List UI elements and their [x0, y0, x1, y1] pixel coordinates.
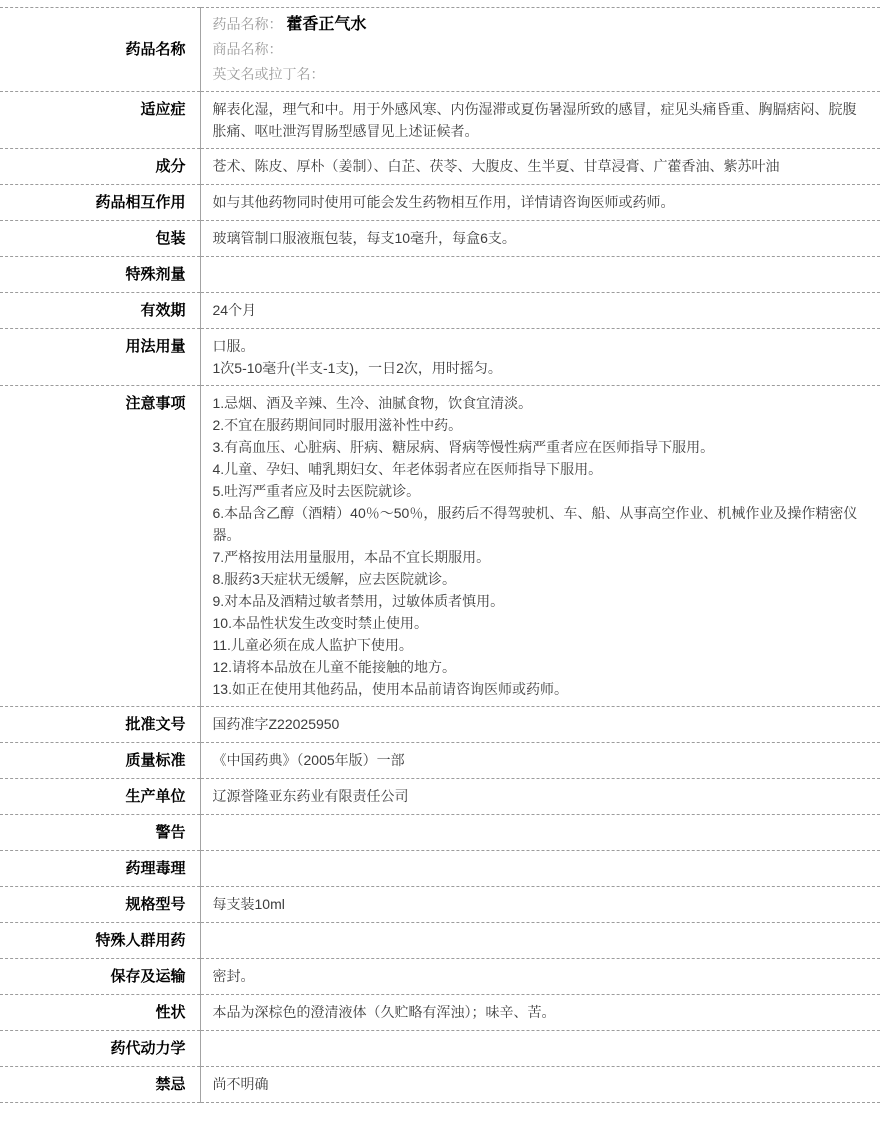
latin-name-line: 英文名或拉丁名：	[213, 62, 867, 87]
table-row-quality-standard: 质量标准 《中国药典》（2005年版）一部	[0, 743, 880, 779]
row-value: 国药准字Z22025950	[200, 707, 880, 743]
row-label: 有效期	[0, 293, 200, 329]
row-label: 批准文号	[0, 707, 200, 743]
table-row-storage-transport: 保存及运输 密封。	[0, 959, 880, 995]
row-label: 药理毒理	[0, 851, 200, 887]
row-label: 用法用量	[0, 329, 200, 386]
row-label: 注意事项	[0, 386, 200, 707]
table-row-ingredients: 成分 苍术、陈皮、厚朴（姜制）、白芷、茯苓、大腹皮、生半夏、甘草浸膏、广藿香油、…	[0, 149, 880, 185]
row-value: 24个月	[200, 293, 880, 329]
table-row-pharmacokinetics: 药代动力学	[0, 1031, 880, 1067]
drug-info-table: 药品名称 药品名称： 藿香正气水 商品名称： 英文名或拉丁名： 适应症 解表化湿…	[0, 7, 880, 1103]
table-row-special-populations: 特殊人群用药	[0, 923, 880, 959]
drug-name-value: 藿香正气水	[286, 16, 366, 33]
row-label: 质量标准	[0, 743, 200, 779]
row-value	[200, 257, 880, 293]
table-row-drug-name: 药品名称 药品名称： 藿香正气水 商品名称： 英文名或拉丁名：	[0, 8, 880, 92]
row-value: 本品为深棕色的澄清液体（久贮略有浑浊）；味辛、苦。	[200, 995, 880, 1031]
row-value	[200, 815, 880, 851]
row-value	[200, 1031, 880, 1067]
table-row-pharmacology-toxicology: 药理毒理	[0, 851, 880, 887]
row-label: 特殊剂量	[0, 257, 200, 293]
row-value: 玻璃管制口服液瓶包装，每支10毫升，每盒6支。	[200, 221, 880, 257]
table-row-special-dosage: 特殊剂量	[0, 257, 880, 293]
table-row-warning: 警告	[0, 815, 880, 851]
table-row-drug-interactions: 药品相互作用 如与其他药物同时使用可能会发生药物相互作用，详情请咨询医师或药师。	[0, 185, 880, 221]
table-row-shelf-life: 有效期 24个月	[0, 293, 880, 329]
row-value: 口服。 1次5-10毫升(半支-1支)，一日2次，用时摇匀。	[200, 329, 880, 386]
drug-info-page: 药品名称 药品名称： 藿香正气水 商品名称： 英文名或拉丁名： 适应症 解表化湿…	[0, 0, 880, 1140]
row-label: 规格型号	[0, 887, 200, 923]
row-label: 成分	[0, 149, 200, 185]
table-row-properties: 性状 本品为深棕色的澄清液体（久贮略有浑浊）；味辛、苦。	[0, 995, 880, 1031]
row-value: 每支装10ml	[200, 887, 880, 923]
row-value	[200, 923, 880, 959]
table-row-manufacturer: 生产单位 辽源誉隆亚东药业有限责任公司	[0, 779, 880, 815]
row-value: 解表化湿，理气和中。用于外感风寒、内伤湿滞或夏伤暑湿所致的感冒，症见头痛昏重、胸…	[200, 92, 880, 149]
trade-name-key: 商品名称：	[213, 41, 283, 57]
row-label: 适应症	[0, 92, 200, 149]
table-row-contraindications: 禁忌 尚不明确	[0, 1067, 880, 1103]
row-value	[200, 851, 880, 887]
drug-name-cell: 药品名称： 藿香正气水 商品名称： 英文名或拉丁名：	[200, 8, 880, 92]
row-value: 辽源誉隆亚东药业有限责任公司	[200, 779, 880, 815]
row-label-drug-name: 药品名称	[0, 8, 200, 92]
row-label: 警告	[0, 815, 200, 851]
drug-name-line: 药品名称： 藿香正气水	[213, 12, 867, 37]
row-value: 1.忌烟、酒及辛辣、生冷、油腻食物，饮食宜清淡。 2.不宜在服药期间同时服用滋补…	[200, 386, 880, 707]
row-value: 如与其他药物同时使用可能会发生药物相互作用，详情请咨询医师或药师。	[200, 185, 880, 221]
row-label: 禁忌	[0, 1067, 200, 1103]
row-value: 密封。	[200, 959, 880, 995]
table-row-approval-number: 批准文号 国药准字Z22025950	[0, 707, 880, 743]
table-row-usage-dosage: 用法用量 口服。 1次5-10毫升(半支-1支)，一日2次，用时摇匀。	[0, 329, 880, 386]
row-label: 包装	[0, 221, 200, 257]
row-label: 特殊人群用药	[0, 923, 200, 959]
table-row-precautions: 注意事项 1.忌烟、酒及辛辣、生冷、油腻食物，饮食宜清淡。 2.不宜在服药期间同…	[0, 386, 880, 707]
row-value: 尚不明确	[200, 1067, 880, 1103]
row-label: 保存及运输	[0, 959, 200, 995]
drug-name-key: 药品名称：	[213, 16, 283, 32]
trade-name-line: 商品名称：	[213, 37, 867, 62]
table-row-indications: 适应症 解表化湿，理气和中。用于外感风寒、内伤湿滞或夏伤暑湿所致的感冒，症见头痛…	[0, 92, 880, 149]
row-label: 药品相互作用	[0, 185, 200, 221]
row-value: 苍术、陈皮、厚朴（姜制）、白芷、茯苓、大腹皮、生半夏、甘草浸膏、广藿香油、紫苏叶…	[200, 149, 880, 185]
row-label: 性状	[0, 995, 200, 1031]
latin-name-key: 英文名或拉丁名：	[213, 66, 325, 82]
table-row-specification: 规格型号 每支装10ml	[0, 887, 880, 923]
row-label: 生产单位	[0, 779, 200, 815]
table-row-packaging: 包装 玻璃管制口服液瓶包装，每支10毫升，每盒6支。	[0, 221, 880, 257]
row-value: 《中国药典》（2005年版）一部	[200, 743, 880, 779]
row-label: 药代动力学	[0, 1031, 200, 1067]
